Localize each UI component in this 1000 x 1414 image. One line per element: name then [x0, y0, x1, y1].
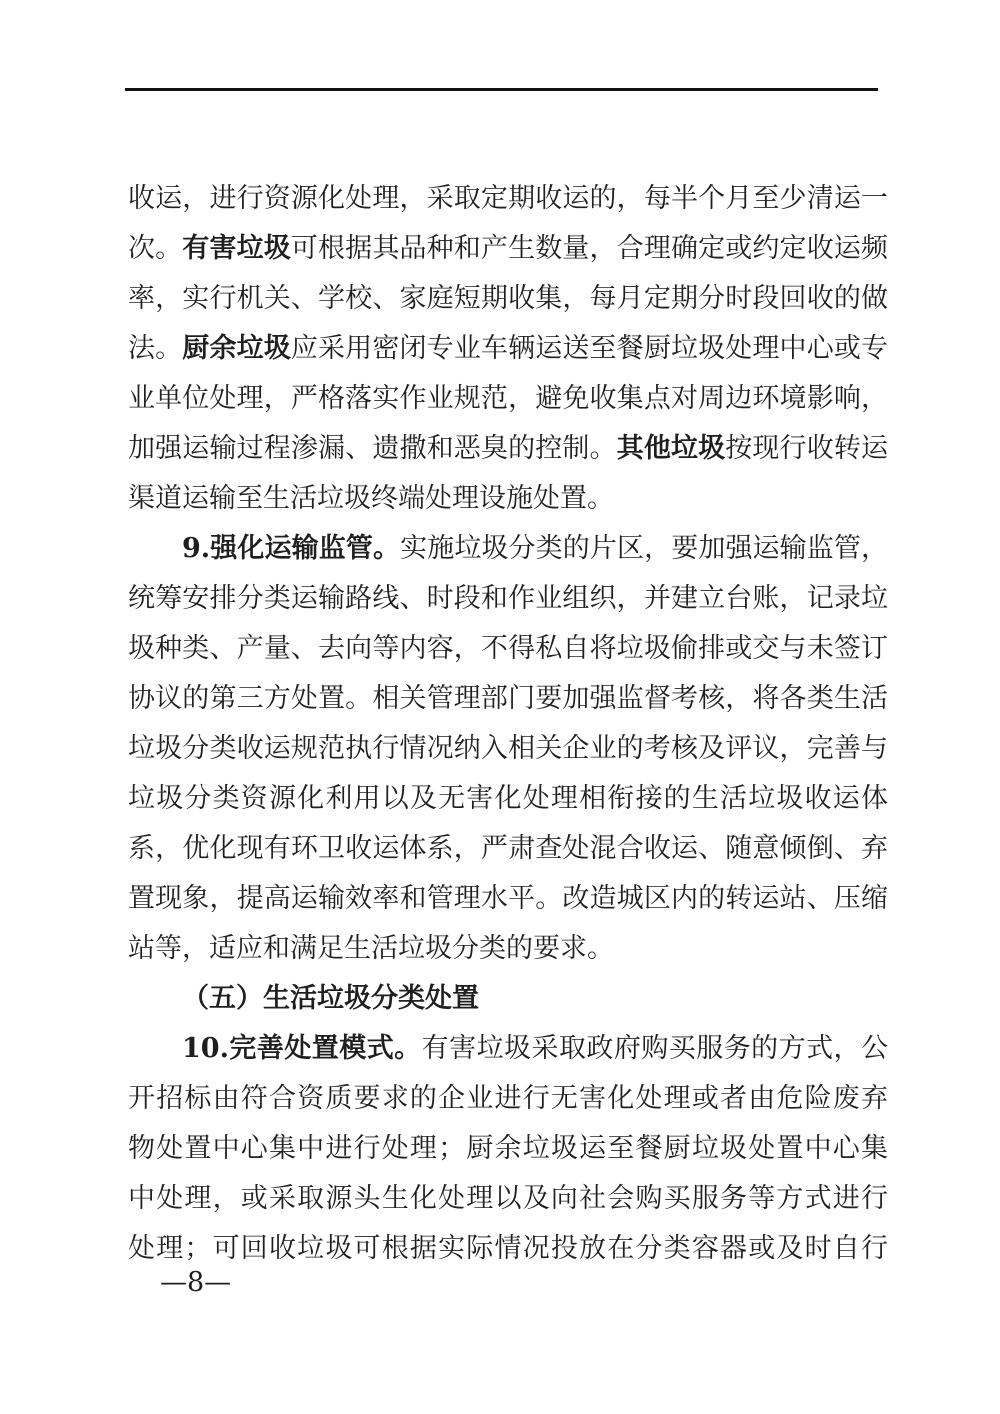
- text-line: 统筹安排分类运输路线、时段和作业组织，并建立台账，记录垃: [128, 574, 888, 624]
- text-line: 圾种类、产量、去向等内容，不得私自将垃圾偷排或交与未签订: [128, 624, 888, 674]
- text-line: 10.完善处置模式。有害垃圾采取政府购买服务的方式，公: [128, 1024, 888, 1074]
- text-line: 收运，进行资源化处理，采取定期收运的，每半个月至少清运一: [128, 174, 888, 224]
- text-line: 中处理，或采取源头生化处理以及向社会购买服务等方式进行: [128, 1174, 888, 1224]
- text-segment: 应采用密闭专业车辆运送至餐厨垃圾处理中心或专: [291, 333, 888, 364]
- text-segment: 按现行收转运: [725, 433, 888, 464]
- bold-text-segment: 其他垃圾: [617, 433, 726, 464]
- text-line: 系，优化现有环卫收运体系，严肃查处混合收运、随意倾倒、弃: [128, 824, 888, 874]
- text-line: 加强运输过程渗漏、遗撒和恶臭的控制。其他垃圾按现行收转运: [128, 424, 888, 474]
- bold-text-segment: 有害垃圾: [182, 233, 291, 264]
- text-line: 垃圾分类收运规范执行情况纳入相关企业的考核及评议，完善与: [128, 724, 888, 774]
- text-segment: 率，实行机关、学校、家庭短期收集，每月定期分时段回收的做: [128, 283, 888, 314]
- text-line: 法。厨余垃圾应采用密闭专业车辆运送至餐厨垃圾处理中心或专: [128, 324, 888, 374]
- text-line: 垃圾分类资源化利用以及无害化处理相衔接的生活垃圾收运体: [128, 774, 888, 824]
- text-line: 渠道运输至生活垃圾终端处理设施处置。: [128, 474, 888, 524]
- text-segment: 处理；可回收垃圾可根据实际情况投放在分类容器或及时自行: [128, 1233, 888, 1264]
- bold-text-segment: 10.完善处置模式。: [182, 1033, 422, 1064]
- text-segment: 统筹安排分类运输路线、时段和作业组织，并建立台账，记录垃: [128, 583, 888, 614]
- text-segment: 垃圾分类资源化利用以及无害化处理相衔接的生活垃圾收运体: [128, 783, 888, 814]
- text-line: 协议的第三方处置。相关管理部门要加强监督考核，将各类生活: [128, 674, 888, 724]
- text-segment: 圾种类、产量、去向等内容，不得私自将垃圾偷排或交与未签订: [128, 633, 888, 664]
- document-page: 收运，进行资源化处理，采取定期收运的，每半个月至少清运一次。有害垃圾可根据其品种…: [0, 0, 1000, 1414]
- text-segment: 加强运输过程渗漏、遗撒和恶臭的控制。: [128, 433, 617, 464]
- text-segment: 业单位处理，严格落实作业规范，避免收集点对周边环境影响，: [128, 383, 888, 414]
- text-segment: 协议的第三方处置。相关管理部门要加强监督考核，将各类生活: [128, 683, 888, 714]
- bold-text-segment: 9.强化运输监管。: [182, 533, 400, 564]
- text-segment: 收运，进行资源化处理，采取定期收运的，每半个月至少清运一: [128, 183, 888, 214]
- text-line: 次。有害垃圾可根据其品种和产生数量，合理确定或约定收运频: [128, 224, 888, 274]
- text-segment: 有害垃圾采取政府购买服务的方式，公: [422, 1033, 888, 1064]
- text-segment: 次。: [128, 233, 182, 264]
- text-line: 开招标由符合资质要求的企业进行无害化处理或者由危险废弃: [128, 1074, 888, 1124]
- text-segment: 站等，适应和满足生活垃圾分类的要求。: [128, 933, 614, 964]
- text-segment: 实施垃圾分类的片区，要加强运输监管，: [400, 533, 888, 564]
- text-line: （五）生活垃圾分类处置: [128, 974, 888, 1024]
- text-line: 站等，适应和满足生活垃圾分类的要求。: [128, 924, 888, 974]
- text-segment: 垃圾分类收运规范执行情况纳入相关企业的考核及评议，完善与: [128, 733, 888, 764]
- text-segment: 置现象，提高运输效率和管理水平。改造城区内的转运站、压缩: [128, 883, 888, 914]
- bold-text-segment: （五）生活垃圾分类处置: [182, 983, 479, 1014]
- text-segment: 中处理，或采取源头生化处理以及向社会购买服务等方式进行: [128, 1183, 888, 1214]
- text-segment: 可根据其品种和产生数量，合理确定或约定收运频: [291, 233, 888, 264]
- text-line: 9.强化运输监管。实施垃圾分类的片区，要加强运输监管，: [128, 524, 888, 574]
- text-segment: 法。: [128, 333, 182, 364]
- text-line: 物处置中心集中进行处理；厨余垃圾运至餐厨垃圾处置中心集: [128, 1124, 888, 1174]
- text-segment: 渠道运输至生活垃圾终端处理设施处置。: [128, 483, 614, 514]
- header-divider: [125, 88, 878, 91]
- document-body: 收运，进行资源化处理，采取定期收运的，每半个月至少清运一次。有害垃圾可根据其品种…: [128, 174, 888, 1274]
- text-segment: 开招标由符合资质要求的企业进行无害化处理或者由危险废弃: [128, 1083, 888, 1114]
- text-segment: 物处置中心集中进行处理；厨余垃圾运至餐厨垃圾处置中心集: [128, 1133, 888, 1164]
- text-line: 处理；可回收垃圾可根据实际情况投放在分类容器或及时自行: [128, 1224, 888, 1274]
- page-number: —8—: [160, 1266, 231, 1300]
- text-line: 业单位处理，严格落实作业规范，避免收集点对周边环境影响，: [128, 374, 888, 424]
- text-segment: 系，优化现有环卫收运体系，严肃查处混合收运、随意倾倒、弃: [128, 833, 888, 864]
- text-line: 置现象，提高运输效率和管理水平。改造城区内的转运站、压缩: [128, 874, 888, 924]
- text-line: 率，实行机关、学校、家庭短期收集，每月定期分时段回收的做: [128, 274, 888, 324]
- bold-text-segment: 厨余垃圾: [182, 333, 291, 364]
